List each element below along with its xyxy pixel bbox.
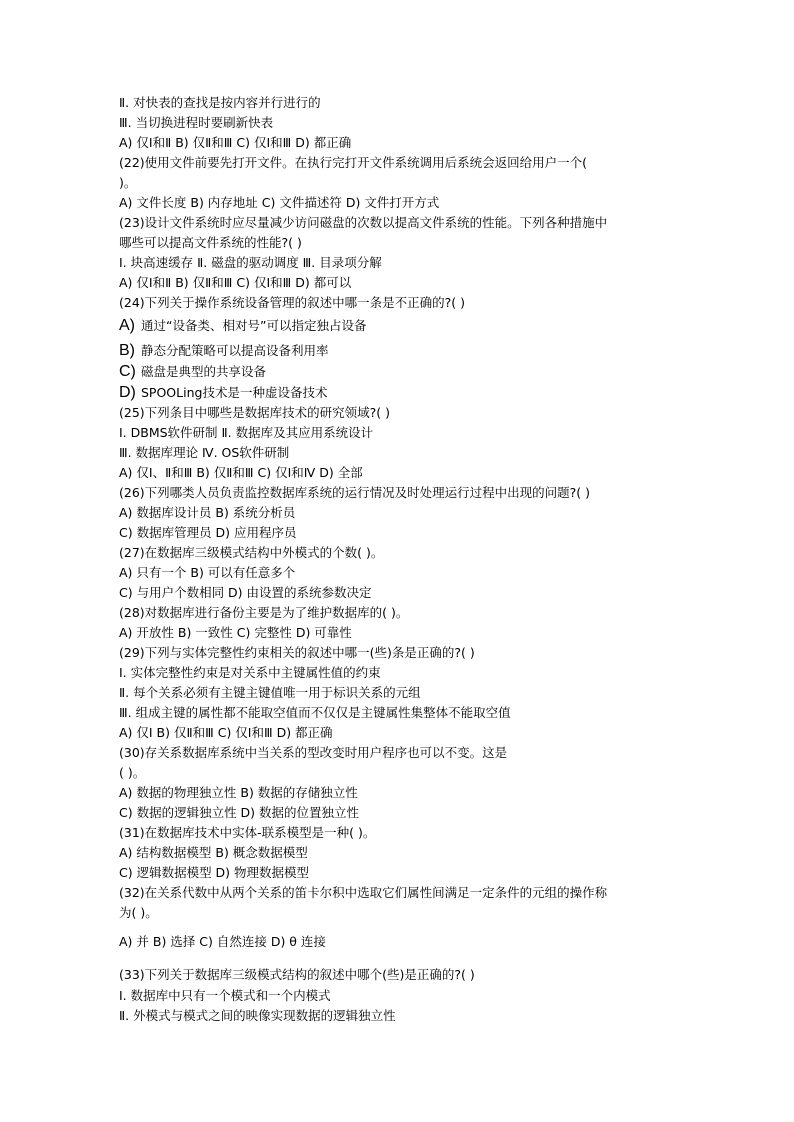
option-label: B) [119, 343, 141, 359]
text-line: (32)在关系代数中从两个关系的笛卡尔积中选取它们属性间满足一定条件的元组的操作… [119, 885, 607, 901]
text-line: (25)下列条目中哪些是数据库技术的研究领域?( ) [119, 405, 390, 421]
option-label: D) [119, 385, 141, 401]
option-text: SPOOLing技术是一种虚设备技术 [141, 385, 327, 400]
text-line: Ⅱ. 外模式与模式之间的映像实现数据的逻辑独立性 [119, 1008, 396, 1024]
text-line: A) 数据的物理独立性 B) 数据的存储独立性 [119, 785, 358, 801]
text-line: (24)下列关于操作系统设备管理的叙述中哪一条是不正确的?( ) [119, 295, 465, 311]
text-line: A) 仅Ⅰ和Ⅱ B) 仅Ⅱ和Ⅲ C) 仅Ⅰ和Ⅲ D) 都正确 [119, 135, 351, 151]
text-line: (26)下列哪类人员负责监控数据库系统的运行情况及时处理运行过程中出现的问题?(… [119, 485, 590, 501]
text-line: A) 开放性 B) 一致性 C) 完整性 D) 可靠性 [119, 625, 352, 641]
text-line: A) 只有一个 B) 可以有任意多个 [119, 565, 295, 581]
option-label: C) [119, 364, 141, 380]
text-line: (33)下列关于数据库三级模式结构的叙述中哪个(些)是正确的?( ) [119, 967, 475, 983]
text-line: Ⅲ. 数据库理论 Ⅳ. OS软件研制 [119, 445, 289, 461]
text-line: Ⅰ. DBMS软件研制 Ⅱ. 数据库及其应用系统设计 [119, 425, 373, 441]
text-line: A) 文件长度 B) 内存地址 C) 文件描述符 D) 文件打开方式 [119, 195, 439, 211]
text-line: A) 仅Ⅰ、Ⅱ和Ⅲ B) 仅Ⅱ和Ⅲ C) 仅Ⅰ和Ⅳ D) 全部 [119, 465, 363, 481]
text-line: A) 仅Ⅰ和Ⅱ B) 仅Ⅱ和Ⅲ C) 仅Ⅰ和Ⅲ D) 都可以 [119, 275, 351, 291]
option-label: A) [119, 318, 141, 334]
option-text: 静态分配策略可以提高设备利用率 [141, 343, 329, 358]
text-line: (22)使用文件前要先打开文件。在执行完打开文件系统调用后系统会返回给用户一个( [119, 155, 587, 171]
text-line: Ⅱ. 对快表的查找是按内容并行进行的 [119, 95, 321, 111]
text-line: (29)下列与实体完整性约束相关的叙述中哪一(些)条是正确的?( ) [119, 645, 475, 661]
text-line: )。 [119, 175, 136, 191]
text-line: Ⅲ. 当切换进程时要刷新快表 [119, 115, 273, 131]
text-line: C) 数据库管理员 D) 应用程序员 [119, 525, 297, 541]
text-line: Ⅰ. 块高速缓存 Ⅱ. 磁盘的驱动调度 Ⅲ. 目录项分解 [119, 255, 382, 271]
text-line: Ⅲ. 组成主键的属性都不能取空值而不仅仅是主键属性集整体不能取空值 [119, 705, 511, 721]
text-line: A) 仅Ⅰ B) 仅Ⅱ和Ⅲ C) 仅Ⅰ和Ⅲ D) 都正确 [119, 725, 333, 741]
text-line: 为( )。 [119, 905, 158, 921]
text-line: A) 数据库设计员 B) 系统分析员 [119, 505, 295, 521]
text-line: (30)存关系数据库系统中当关系的型改变时用户程序也可以不变。这是 [119, 745, 507, 761]
text-line: C) 数据的逻辑独立性 D) 数据的位置独立性 [119, 805, 359, 821]
text-line: ( )。 [119, 765, 145, 781]
text-line: (31)在数据库技术中实体-联系模型是一种( )。 [119, 825, 375, 841]
text-line: A) 并 B) 选择 C) 自然连接 D) θ 连接 [119, 934, 326, 950]
option-text: 磁盘是典型的共享设备 [141, 364, 266, 379]
answer-option: C)磁盘是典型的共享设备 [119, 364, 266, 380]
text-line: 哪些可以提高文件系统的性能?( ) [119, 235, 302, 251]
option-text: 通过“设备类、相对号”可以指定独占设备 [141, 318, 366, 333]
answer-option: D)SPOOLing技术是一种虚设备技术 [119, 385, 327, 401]
text-line: Ⅰ. 数据库中只有一个模式和一个内模式 [119, 988, 331, 1004]
text-line: A) 结构数据模型 B) 概念数据模型 [119, 845, 308, 861]
text-line: (27)在数据库三级模式结构中外模式的个数( )。 [119, 545, 383, 561]
text-line: C) 与用户个数相同 D) 由设置的系统参数决定 [119, 585, 372, 601]
answer-option: B)静态分配策略可以提高设备利用率 [119, 343, 329, 359]
text-line: Ⅱ. 每个关系必须有主键主键值唯一用于标识关系的元组 [119, 685, 421, 701]
text-line: Ⅰ. 实体完整性约束是对关系中主键属性值的约束 [119, 665, 381, 681]
text-line: (23)设计文件系统时应尽量减少访问磁盘的次数以提高文件系统的性能。下列各种措施… [119, 215, 607, 231]
text-line: (28)对数据库进行备份主要是为了维护数据库的( )。 [119, 605, 408, 621]
text-line: C) 逻辑数据模型 D) 物理数据模型 [119, 865, 309, 881]
answer-option: A)通过“设备类、相对号”可以指定独占设备 [119, 318, 366, 334]
